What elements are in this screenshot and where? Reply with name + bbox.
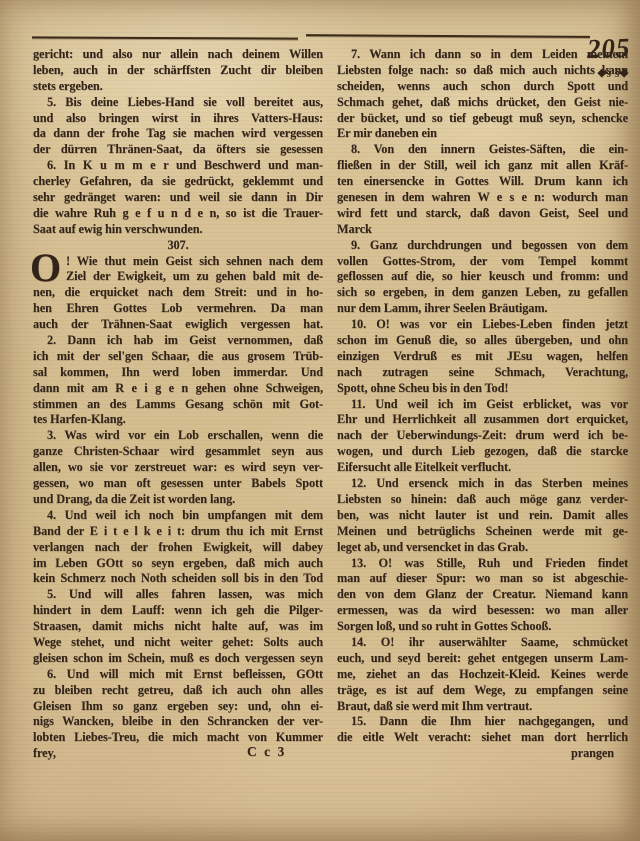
text-line: träge, es ist auf dem Wege, zu empfangen… [337, 683, 628, 699]
text-line: Sorgen loß, und so ruht in Gottes Schooß… [337, 619, 628, 635]
text-line: sich so ergeben, in dem ganzen Leben, zu… [337, 285, 628, 301]
text-line: Liebsten folge nach: so daß mich auch ni… [337, 63, 628, 79]
text-line: Straasen, damit michs nicht halte auf, w… [33, 619, 323, 635]
text-line: wogen, und durch Lieb gezogen, daß die s… [337, 444, 628, 460]
text-line: 3. Was wird vor ein Lob erschallen, wenn… [33, 428, 323, 444]
text-line: Ziel der Ewigkeit, um zu gehen bald mit … [33, 269, 323, 285]
text-line: 6. Und will mich mit Ernst befleissen, G… [33, 667, 323, 683]
text-line: Eifersucht alle Eitelkeit verflucht. [337, 460, 628, 476]
text-line: die eitle Welt veracht: siehet man dort … [337, 730, 628, 746]
text-line: geflossen auf die, so hier keusch und fr… [337, 269, 628, 285]
text-line: Spott, ohne Scheu bis in den Tod! [337, 381, 628, 397]
text-column-right: 7. Wann ich dann so in dem Leiden meinem… [337, 47, 628, 762]
text-line: Marck [337, 222, 628, 238]
signature-mark: C c 3 [247, 744, 286, 760]
text-line: genesen in dem wahren W e s e n: wodurch… [337, 190, 628, 206]
text-line: da dann der frohe Tag sie machen wird ve… [33, 126, 323, 142]
text-column-left: gericht: und also nur allein nach deinem… [33, 47, 323, 762]
text-line: 15. Dann die Ihm hier nachgegangen, und [337, 714, 628, 730]
text-line: hen Ehren Gottes Lob vermehren. Da man [33, 301, 323, 317]
text-line: ich mit der sel'gen Schaar, die aus gros… [33, 349, 323, 365]
text-line: verlangen nach der frohen Ewigkeit, will… [33, 540, 323, 556]
text-line: ermessen, was da wird besessen: wo man a… [337, 603, 628, 619]
text-line: Er mir daneben ein [337, 126, 628, 142]
text-line: Braut, daß sie werd mit Ihm vertraut. [337, 699, 628, 715]
text-line: 14. O! ihr auserwählter Saame, schmücket [337, 635, 628, 651]
text-line: ten einersencke in Gottes Will. Drum kan… [337, 174, 628, 190]
text-line: kein Schmerz noch Noth scheiden soll bis… [33, 571, 323, 587]
text-line: einzigen Verdruß es mit JEsu wagen, helf… [337, 349, 628, 365]
text-line: fließen in der Still, weil ich ganz mit … [337, 158, 628, 174]
text-line: prangen [337, 746, 628, 762]
text-line: Band der E i t e l k e i t: drum thu ich… [33, 524, 323, 540]
text-line: 8. Von den innern Geistes-Säften, die ei… [337, 142, 628, 158]
text-line: 5. Und will alles fahren lassen, was mic… [33, 587, 323, 603]
text-line: und also bringen wirst in ihres Vatters-… [33, 111, 323, 127]
text-line: der bücket, und so tief gebeugt muß seyn… [337, 111, 628, 127]
text-line: 9. Ganz durchdrungen und begossen von de… [337, 238, 628, 254]
text-line: Wege stehet, und nicht weiter gehet: Sol… [33, 635, 323, 651]
text-line: nigs Wancken, bleibe in den Schrancken d… [33, 714, 323, 730]
text-line: nur dem Lamm, ihrer Seelen Bräutigam. [337, 301, 628, 317]
text-line: nen, die erquicket nach dem Streit: und … [33, 285, 323, 301]
text-line: leben, auch in der schärffsten Zucht dir… [33, 63, 323, 79]
text-line: Saat auf ewig hin verschwunden. [33, 222, 323, 238]
text-line: gessen, wo man oft gesessen unter Babels… [33, 476, 323, 492]
text-line: Liebsten so hinein: daß auch möge ganz v… [337, 492, 628, 508]
text-line: vollen Gottes-Strom, der vom Tempel komm… [337, 254, 628, 270]
text-line: Meinen und betrüglichs Scheinen werde mi… [337, 524, 628, 540]
text-line: im Leben GOtt so seyn ergeben, daß mich … [33, 556, 323, 572]
text-line: ben, was nicht lauter ist und rein. Dami… [337, 508, 628, 524]
text-line: Ehr und Herrlichkeit all zusammen dort e… [337, 412, 628, 428]
text-line: sehr gedränget waren: und weil sie dann … [33, 190, 323, 206]
text-line: 13. O! was Stille, Ruh und Frieden finde… [337, 556, 628, 572]
text-line: hindert in dem Lauff: wenn ich geh die P… [33, 603, 323, 619]
text-line: cherley Gefahren, da sie gedrückt, gekle… [33, 174, 323, 190]
text-line: 2. Dann ich hab im Geist vernommen, daß [33, 333, 323, 349]
text-line: den von dem Glanz der Creatur. Niemand k… [337, 587, 628, 603]
text-line: gleisen schon im Schein, muß es doch ver… [33, 651, 323, 667]
text-line: allen, wo sie vor zerstreuet war: es wir… [33, 460, 323, 476]
text-line: euch, und seyd bereit: gehet entgegen un… [337, 651, 628, 667]
text-line: 4. Und weil ich noch bin umpfangen mit d… [33, 508, 323, 524]
text-line: stets ergeben. [33, 79, 323, 95]
text-line: scheiden, wenns auch schon durch Spott u… [337, 79, 628, 95]
text-line: 10. O! was vor ein Liebes-Leben finden j… [337, 317, 628, 333]
text-line: auch der Trähnen-Saat ewiglich vergessen… [33, 317, 323, 333]
text-line: Schmach gehet, daß michs drücket, den Ge… [337, 95, 628, 111]
text-line: 11. Und weil ich im Geist erblicket, was… [337, 397, 628, 413]
text-line: sal kommen, Ihn werd loben immerdar. Und [33, 365, 323, 381]
text-line: 7. Wann ich dann so in dem Leiden meinem [337, 47, 628, 63]
text-line: 6. In K u m m e r und Beschwerd und man- [33, 158, 323, 174]
text-line: 12. Und ersenck mich in das Sterben mein… [337, 476, 628, 492]
text-line: man auf dieser Spur: wo man so ist abges… [337, 571, 628, 587]
text-line: schon im Genuß die, so alles übergeben, … [337, 333, 628, 349]
text-line: wird fett und starck, daß davon Geist, S… [337, 206, 628, 222]
drop-cap-initial: O [30, 250, 64, 286]
text-line: tes Harfen-Klang. [33, 412, 323, 428]
text-line: der dürren Thränen-Saat, da öfters sie g… [33, 142, 323, 158]
text-line: leget ab, und versencket in das Grab. [337, 540, 628, 556]
text-line: zu bleiben recht getreu, daß ich auch oh… [33, 683, 323, 699]
text-line: nach der Ueberwindungs-Zeit: drum werd i… [337, 428, 628, 444]
text-line: stimmen an des Lamms Gesang schön mit Go… [33, 397, 323, 413]
text-line: 307. [33, 238, 323, 254]
text-line: gericht: und also nur allein nach deinem… [33, 47, 323, 63]
text-line: nach zutragen seine Schmach, Verachtung, [337, 365, 628, 381]
text-line: 5. Bis deine Liebes-Hand sie voll bereit… [33, 95, 323, 111]
text-line: ganze Christen-Schaar wird gesammlet sey… [33, 444, 323, 460]
text-line: dann mit am R e i g e n gehen ohne Schwe… [33, 381, 323, 397]
text-line: me, ziehet an das Hochzeit-Kleid. Keines… [337, 667, 628, 683]
text-line: Gleisen Ihm so ganz ergeben sey: und, oh… [33, 699, 323, 715]
text-line: ! Wie thut mein Geist sich sehnen nach d… [33, 254, 323, 270]
text-line: und Drang, da die Zeit ist worden lang. [33, 492, 323, 508]
text-line: die wahre Ruh g e f u n d e n, so ist di… [33, 206, 323, 222]
